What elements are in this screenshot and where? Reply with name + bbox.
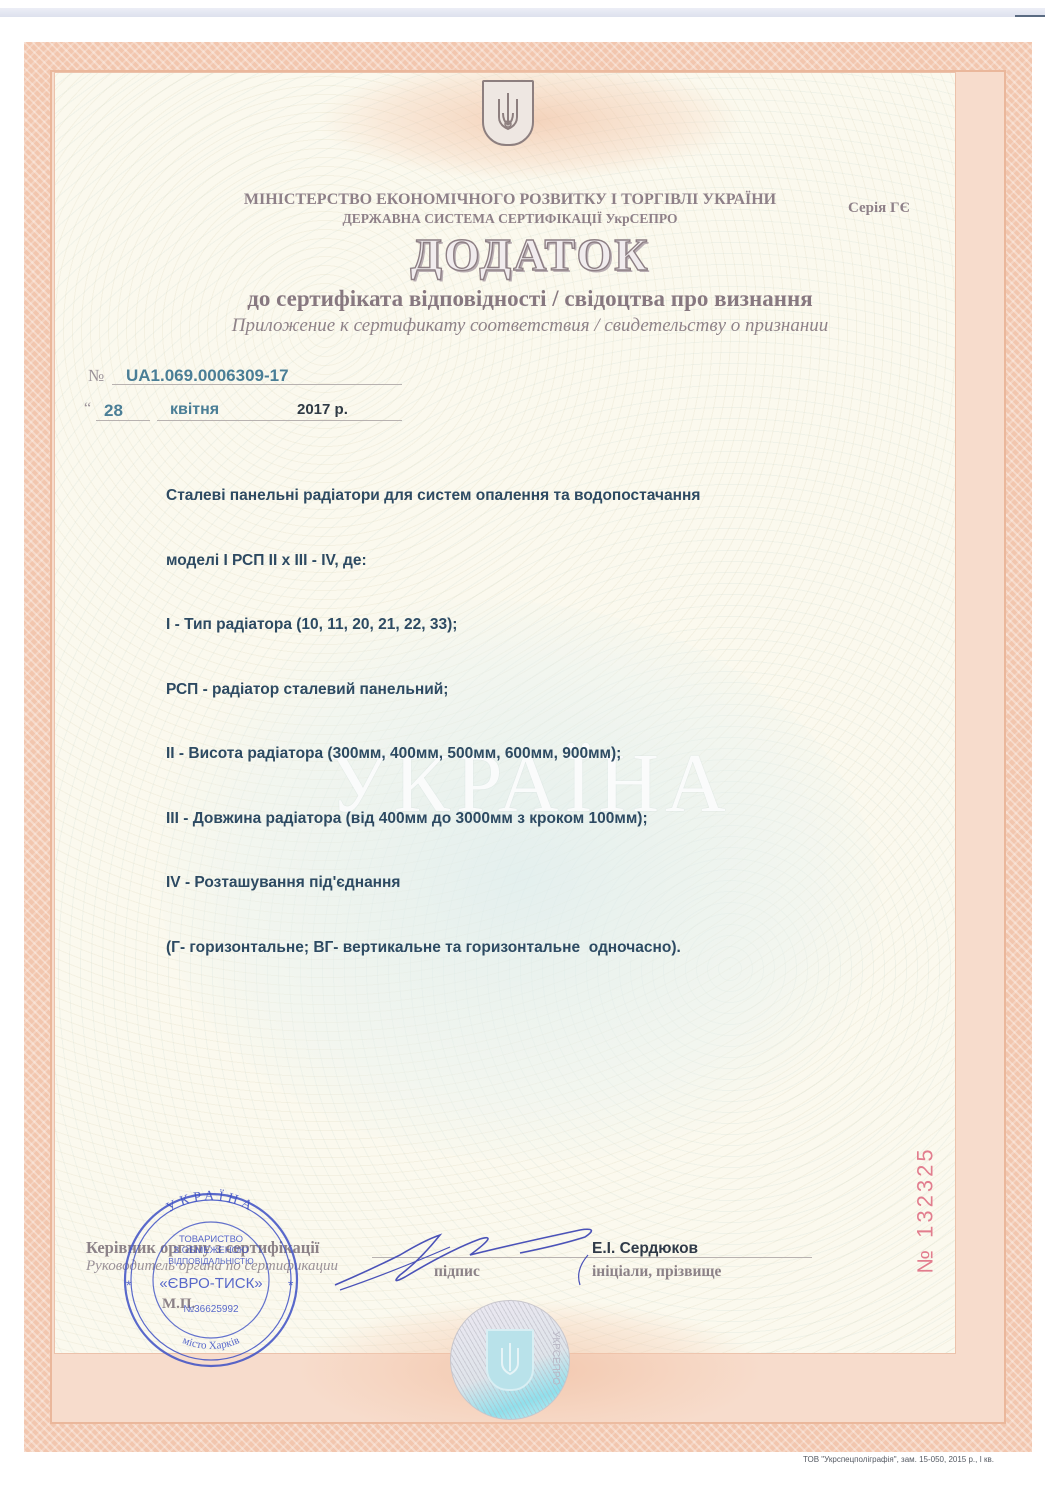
serial-number: № 132325	[901, 1130, 951, 1290]
certification-system-name: ДЕРЖАВНА СИСТЕМА СЕРТИФІКАЦІЇ УкрСЕПРО	[150, 209, 870, 228]
subtitle-ukrainian: до сертифіката відповідності / свідоцтва…	[100, 286, 960, 312]
description-line: ІІ - Висота радіатора (300мм, 400мм, 500…	[166, 743, 866, 765]
handwritten-signature	[330, 1215, 630, 1305]
certificate-number: UA1.069.0006309-17	[126, 366, 289, 386]
date-day-underline	[96, 420, 150, 421]
product-description: Сталеві панельні радіатори для систем оп…	[166, 442, 866, 980]
description-line: моделі І РСП ІІ х ІІІ - IV, де:	[166, 550, 866, 572]
svg-text:З ОБМЕЖЕНОЮ: З ОБМЕЖЕНОЮ	[173, 1245, 249, 1256]
date-month: квітня	[170, 401, 219, 419]
ministry-header: МІНІСТЕРСТВО ЕКОНОМІЧНОГО РОЗВИТКУ І ТОР…	[150, 190, 870, 228]
certificate-number-label: №	[88, 366, 104, 386]
trident-hologram-icon	[486, 1329, 534, 1391]
printer-note: ТОВ "Укрспецполіграфія", зам. 15-050, 20…	[803, 1455, 994, 1464]
subtitle-russian: Приложение к сертификату соответствия / …	[100, 315, 960, 337]
date-year: 2017 р.	[297, 401, 348, 418]
series-label: Серія ГЄ	[848, 200, 910, 217]
ministry-name: МІНІСТЕРСТВО ЕКОНОМІЧНОГО РОЗВИТКУ І ТОР…	[150, 190, 870, 209]
svg-text:№36625992: №36625992	[183, 1304, 239, 1315]
certificate-number-underline	[112, 384, 402, 385]
trident-coat-of-arms-icon	[482, 80, 534, 146]
description-line: І - Тип радіатора (10, 11, 20, 21, 22, 3…	[166, 614, 866, 636]
svg-text:*: *	[126, 1277, 132, 1293]
company-stamp: УКРАЇНА місто Харків ТОВАРИСТВО З ОБМЕЖЕ…	[96, 1180, 326, 1370]
hologram-text: УКРСЕПРО	[550, 1331, 561, 1385]
svg-text:*: *	[288, 1277, 294, 1293]
description-line: (Г- горизонтальне; ВГ- вертикальне та го…	[166, 937, 866, 959]
svg-text:місто Харків: місто Харків	[181, 1334, 241, 1352]
document-title: ДОДАТОК	[300, 228, 760, 281]
svg-text:УКРАЇНА: УКРАЇНА	[164, 1187, 258, 1215]
svg-text:ВІДПОВІДАЛЬНІСТЮ: ВІДПОВІДАЛЬНІСТЮ	[168, 1256, 254, 1266]
hologram-seal: УКРСЕПРО	[450, 1300, 570, 1420]
description-line: IV - Розташування під'єднання	[166, 872, 866, 894]
svg-text:ТОВАРИСТВО: ТОВАРИСТВО	[179, 1234, 243, 1245]
svg-text:«ЄВРО-ТИСК»: «ЄВРО-ТИСК»	[159, 1275, 262, 1292]
scan-top-edge	[0, 8, 1045, 17]
date-open-quote: “	[84, 400, 91, 418]
description-line: РСП - радіатор сталевий панельний;	[166, 679, 866, 701]
date-month-underline	[157, 420, 402, 421]
description-line: Сталеві панельні радіатори для систем оп…	[166, 485, 866, 507]
date-day: 28	[104, 401, 123, 421]
description-line: ІІІ - Довжина радіатора (від 400мм до 30…	[166, 808, 866, 830]
